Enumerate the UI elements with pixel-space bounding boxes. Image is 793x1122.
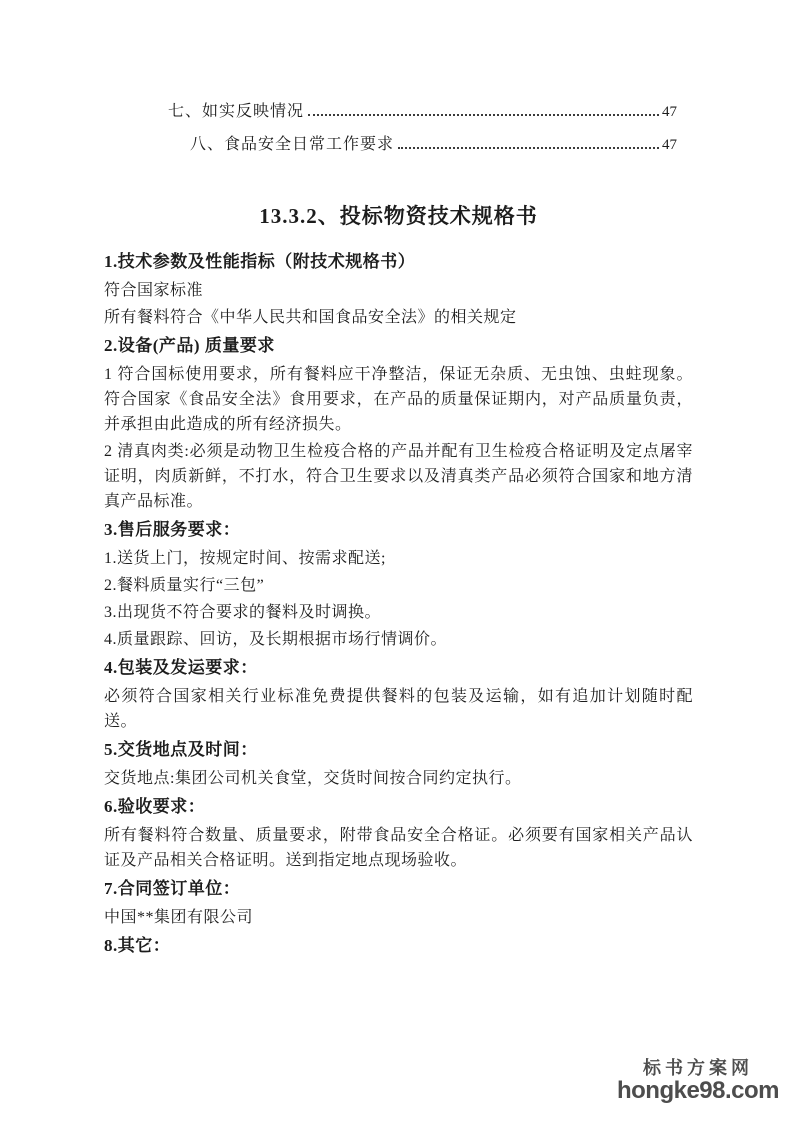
page-title: 13.3.2、投标物资技术规格书 <box>104 201 693 231</box>
site-watermark: 标书方案网 hongke98.com <box>613 1058 783 1104</box>
page-content: 七、如实反映情况 47 八、食品安全日常工作要求 47 13.3.2、投标物资技… <box>0 0 793 959</box>
watermark-site-url: hongke98.com <box>613 1078 783 1104</box>
table-of-contents: 七、如实反映情况 47 八、食品安全日常工作要求 47 <box>104 102 677 168</box>
paragraph: 所有餐料符合《中华人民共和国食品安全法》的相关规定 <box>104 305 693 330</box>
paragraph: 所有餐料符合数量、质量要求，附带食品安全合格证。必须要有国家相关产品认证及产品相… <box>104 823 693 873</box>
watermark-site-name: 标书方案网 <box>613 1058 783 1078</box>
paragraph: 必须符合国家相关行业标准免费提供餐料的包装及运输，如有追加计划随时配送。 <box>104 684 693 734</box>
list-item: 1.送货上门，按规定时间、按需求配送; <box>104 546 693 571</box>
toc-page-number: 47 <box>662 136 677 155</box>
section-heading: 5.交货地点及时间： <box>104 737 693 763</box>
section-heading: 6.验收要求： <box>104 794 693 820</box>
section-heading: 7.合同签订单位： <box>104 876 693 902</box>
section-heading: 4.包装及发运要求： <box>104 655 693 681</box>
section-heading: 1.技术参数及性能指标（附技术规格书） <box>104 249 693 275</box>
paragraph: 1 符合国标使用要求，所有餐料应干净整洁，保证无杂质、无虫蚀、虫蛀现象。符合国家… <box>104 362 693 437</box>
toc-entry: 七、如实反映情况 47 <box>104 102 677 135</box>
paragraph: 中国**集团有限公司 <box>104 905 693 930</box>
list-item: 2.餐料质量实行“三包” <box>104 573 693 598</box>
paragraph: 符合国家标准 <box>104 278 693 303</box>
toc-page-number: 47 <box>662 103 677 122</box>
toc-leader-dots <box>398 147 659 149</box>
section-heading: 8.其它： <box>104 933 693 959</box>
section-heading: 2.设备(产品) 质量要求 <box>104 333 693 359</box>
toc-entry-label: 七、如实反映情况 <box>168 102 304 121</box>
paragraph: 2 清真肉类:必须是动物卫生检疫合格的产品并配有卫生检疫合格证明及定点屠宰证明，… <box>104 439 693 514</box>
toc-leader-dots <box>308 114 659 116</box>
document-page: 七、如实反映情况 47 八、食品安全日常工作要求 47 13.3.2、投标物资技… <box>0 0 793 1122</box>
section-heading: 3.售后服务要求： <box>104 517 693 543</box>
toc-entry-label: 八、食品安全日常工作要求 <box>190 135 394 154</box>
document-body: 1.技术参数及性能指标（附技术规格书） 符合国家标准 所有餐料符合《中华人民共和… <box>104 249 693 959</box>
list-item: 3.出现货不符合要求的餐料及时调换。 <box>104 600 693 625</box>
paragraph: 交货地点:集团公司机关食堂，交货时间按合同约定执行。 <box>104 766 693 791</box>
toc-entry: 八、食品安全日常工作要求 47 <box>104 135 677 168</box>
list-item: 4.质量跟踪、回访，及长期根据市场行情调价。 <box>104 627 693 652</box>
